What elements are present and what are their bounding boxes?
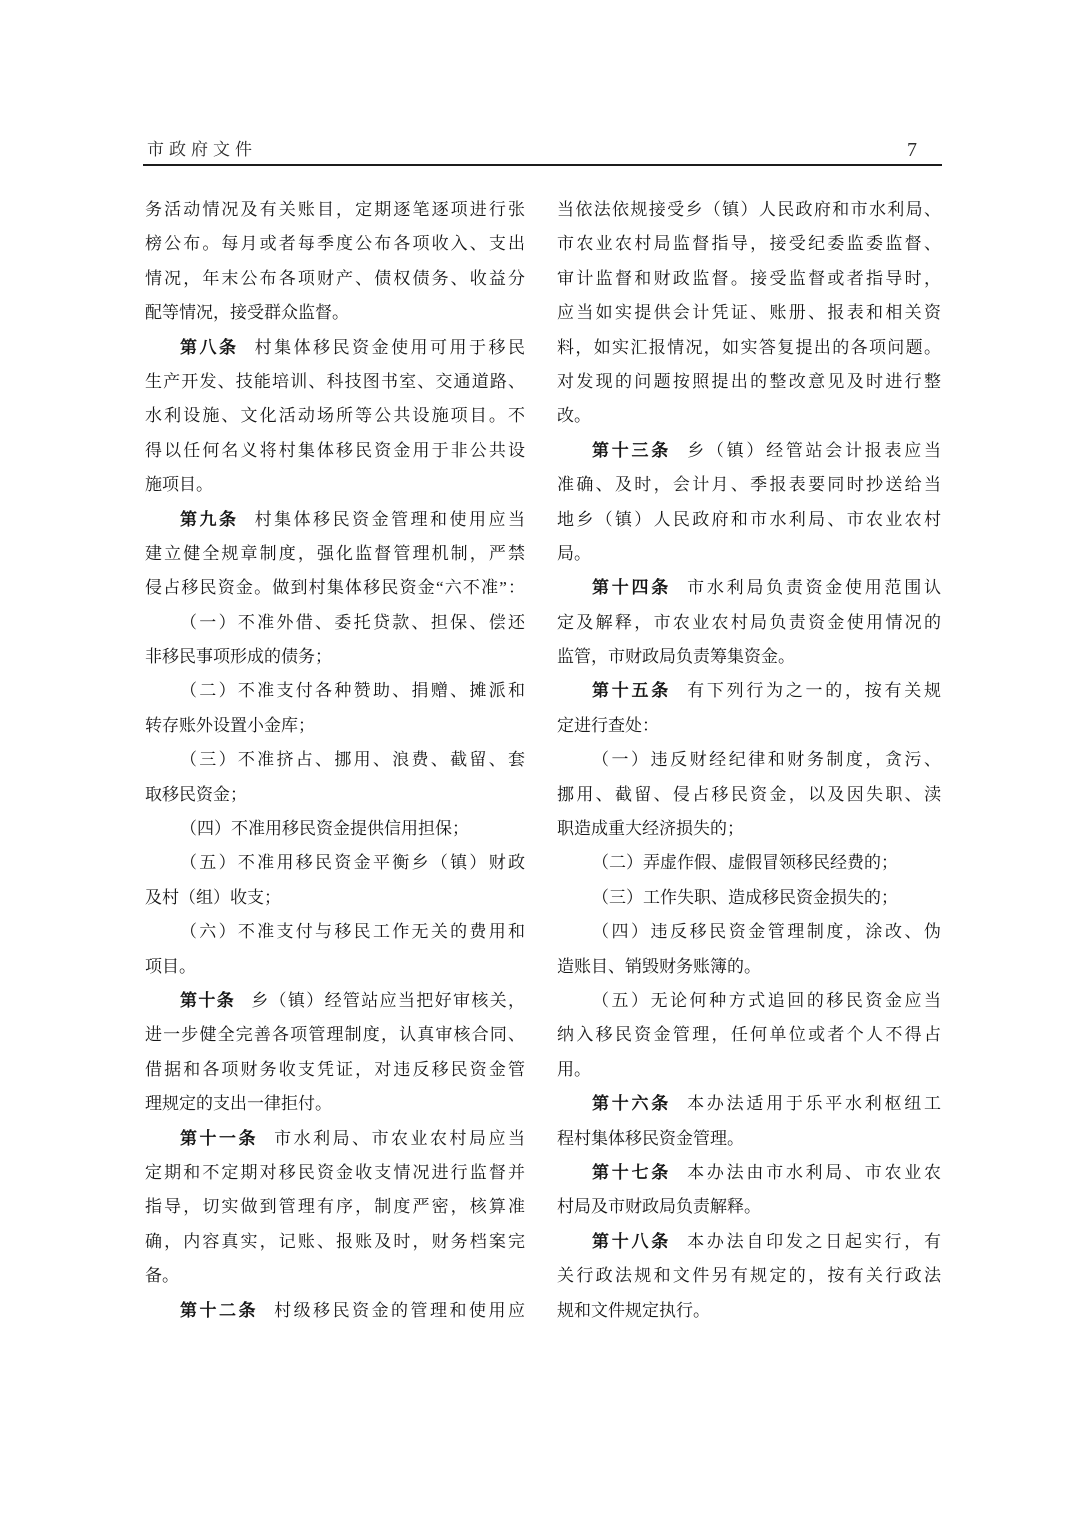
text-line: 定进行查处： [557, 709, 941, 743]
text-line: （一）违反财经纪律和财务制度，贪污、 [557, 743, 941, 777]
article-number: 第十六条 [592, 1094, 671, 1113]
text-line: 第十三条乡（镇）经管站会计报表应当 [557, 434, 941, 468]
text-line: 理规定的支出一律拒付。 [145, 1087, 525, 1121]
text-line: （二）不准支付各种赞助、捐赠、摊派和 [145, 674, 525, 708]
text-line: 第十八条本办法自印发之日起实行，有 [557, 1225, 941, 1259]
text-line: 得以任何名义将村集体移民资金用于非公共设 [145, 434, 525, 468]
text-line: 改。 [557, 399, 941, 433]
article-number: 第九条 [180, 510, 238, 529]
text-line: 第十二条村级移民资金的管理和使用应 [145, 1294, 525, 1328]
text-line: 用。 [557, 1053, 941, 1087]
article-number: 第十八条 [592, 1232, 671, 1251]
text-line: 料，如实汇报情况，如实答复提出的各项问题。 [557, 331, 941, 365]
article-number: 第十五条 [592, 681, 671, 700]
header-rule [143, 164, 942, 166]
text-line: （一）不准外借、委托贷款、担保、偿还 [145, 606, 525, 640]
article-number: 第十三条 [592, 441, 671, 460]
text-line: 审计监督和财政监督。接受监督或者指导时， [557, 262, 941, 296]
article-number: 第十二条 [180, 1301, 258, 1320]
text-line: 关行政法规和文件另有规定的，按有关行政法 [557, 1259, 941, 1293]
text-line: 程村集体移民资金管理。 [557, 1122, 941, 1156]
text-line: 对发现的问题按照提出的整改意见及时进行整 [557, 365, 941, 399]
text-line: 市农业农村局监督指导，接受纪委监委监督、 [557, 227, 941, 261]
text-line: 第九条村集体移民资金管理和使用应当 [145, 503, 525, 537]
text-line: （二）弄虚作假、虚假冒领移民经费的； [557, 846, 941, 880]
article-number: 第十七条 [592, 1163, 671, 1182]
text-line: 转存账外设置小金库； [145, 709, 525, 743]
text-line: 监管，市财政局负责筹集资金。 [557, 640, 941, 674]
text-line: 挪用、截留、侵占移民资金，以及因失职、渎 [557, 778, 941, 812]
text-line: 局。 [557, 537, 941, 571]
text-line: 应当如实提供会计凭证、账册、报表和相关资 [557, 296, 941, 330]
header-label: 市政府文件 [147, 135, 257, 160]
text-line: 侵占移民资金。做到村集体移民资金“六不准”： [145, 571, 525, 605]
text-line: 第八条村集体移民资金使用可用于移民 [145, 331, 525, 365]
text-line: 榜公布。每月或者每季度公布各项收入、支出 [145, 227, 525, 261]
text-line: 职造成重大经济损失的； [557, 812, 941, 846]
text-line: 进一步健全完善各项管理制度，认真审核合同、 [145, 1018, 525, 1052]
text-line: （五）无论何种方式追回的移民资金应当 [557, 984, 941, 1018]
text-line: 备。 [145, 1259, 525, 1293]
text-line: 配等情况，接受群众监督。 [145, 296, 525, 330]
document-page: 市政府文件 7 务活动情况及有关账目，定期逐笔逐项进行张榜公布。每月或者每季度公… [0, 0, 1074, 1520]
article-number: 第八条 [180, 338, 238, 357]
text-line: 定期和不定期对移民资金收支情况进行监督并 [145, 1156, 525, 1190]
text-line: （四）违反移民资金管理制度，涂改、伪 [557, 915, 941, 949]
text-line: 村局及市财政局负责解释。 [557, 1190, 941, 1224]
text-line: 借据和各项财务收支凭证，对违反移民资金管 [145, 1053, 525, 1087]
text-line: 第十七条本办法由市水利局、市农业农 [557, 1156, 941, 1190]
text-line: 生产开发、技能培训、科技图书室、交通道路、 [145, 365, 525, 399]
text-line: 当依法依规接受乡（镇）人民政府和市水利局、 [557, 193, 941, 227]
text-line: 第十六条本办法适用于乐平水利枢纽工 [557, 1087, 941, 1121]
article-number: 第十一条 [180, 1129, 258, 1148]
text-line: 确，内容真实，记账、报账及时，财务档案完 [145, 1225, 525, 1259]
text-line: 第十条乡（镇）经管站应当把好审核关， [145, 984, 525, 1018]
text-line: 非移民事项形成的债务； [145, 640, 525, 674]
left-column: 务活动情况及有关账目，定期逐笔逐项进行张榜公布。每月或者每季度公布各项收入、支出… [145, 193, 525, 1328]
text-line: 规和文件规定执行。 [557, 1294, 941, 1328]
text-line: 第十五条有下列行为之一的，按有关规 [557, 674, 941, 708]
text-line: 取移民资金； [145, 778, 525, 812]
text-line: 项目。 [145, 950, 525, 984]
text-line: 建立健全规章制度，强化监督管理机制，严禁 [145, 537, 525, 571]
text-line: 务活动情况及有关账目，定期逐笔逐项进行张 [145, 193, 525, 227]
text-line: 第十四条市水利局负责资金使用范围认 [557, 571, 941, 605]
text-line: 地乡（镇）人民政府和市水利局、市农业农村 [557, 503, 941, 537]
text-line: （三）工作失职、造成移民资金损失的； [557, 881, 941, 915]
text-line: （五）不准用移民资金平衡乡（镇）财政 [145, 846, 525, 880]
article-number: 第十条 [180, 991, 235, 1010]
text-line: （三）不准挤占、挪用、浪费、截留、套 [145, 743, 525, 777]
right-column: 当依法依规接受乡（镇）人民政府和市水利局、市农业农村局监督指导，接受纪委监委监督… [557, 193, 941, 1328]
text-line: 施项目。 [145, 468, 525, 502]
text-line: 造账目、销毁财务账簿的。 [557, 950, 941, 984]
text-line: 水利设施、文化活动场所等公共设施项目。不 [145, 399, 525, 433]
text-line: 及村（组）收支； [145, 881, 525, 915]
text-line: 第十一条市水利局、市农业农村局应当 [145, 1122, 525, 1156]
page-number: 7 [882, 139, 942, 162]
text-line: 准确、及时，会计月、季报表要同时抄送给当 [557, 468, 941, 502]
text-line: 情况，年末公布各项财产、债权债务、收益分 [145, 262, 525, 296]
text-line: （四）不准用移民资金提供信用担保； [145, 812, 525, 846]
article-number: 第十四条 [592, 578, 671, 597]
text-line: 定及解释，市农业农村局负责资金使用情况的 [557, 606, 941, 640]
text-line: 纳入移民资金管理，任何单位或者个人不得占 [557, 1018, 941, 1052]
text-line: （六）不准支付与移民工作无关的费用和 [145, 915, 525, 949]
text-line: 指导，切实做到管理有序，制度严密，核算准 [145, 1190, 525, 1224]
